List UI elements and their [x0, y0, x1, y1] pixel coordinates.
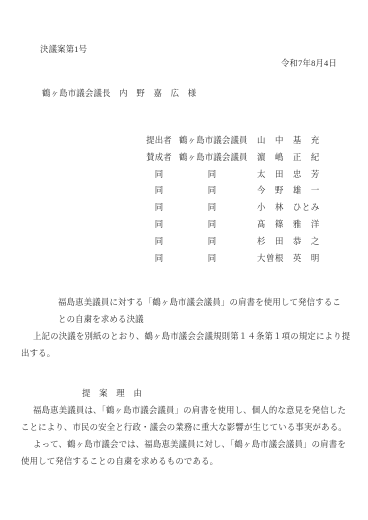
- submitter-name: 大曽根 英 明: [257, 252, 320, 264]
- submitter-row: 同 同 太 田 忠 芳: [0, 168, 368, 185]
- submitter-role: 同: [143, 235, 175, 247]
- submitter-org: 鶴ヶ島市議会議員: [179, 151, 245, 163]
- reason-text-line-3: よって、鶴ヶ島市議会では、福島恵美議員に対し、「鶴ヶ島市議会議員」の肩書を: [33, 439, 346, 450]
- submission-text-line-1: 上記の決議を別紙のとおり、鶴ヶ島市議会会議規則第１４条第１項の規定により提: [33, 331, 350, 342]
- submitter-row: 提出者 鶴ヶ島市議会議員 山 中 基 充: [0, 134, 368, 151]
- addressee-line: 鶴ヶ島市議会議長 内 野 嘉 広 様: [42, 88, 196, 99]
- doc-number: 決議案第1号: [40, 44, 87, 55]
- resolution-title-line-1: 福島恵美議員に対する「鶴ヶ島市議会議員」の肩書を使用して発信するこ: [58, 297, 341, 308]
- submitter-org: 同: [179, 168, 245, 180]
- submitter-role: 同: [143, 201, 175, 213]
- submitter-name: 濵 嶋 正 紀: [257, 151, 320, 163]
- reason-text-line-4: 使用して発信することの自粛を求めるものである。: [21, 456, 218, 467]
- submitters-list: 提出者 鶴ヶ島市議会議員 山 中 基 充 賛成者 鶴ヶ島市議会議員 濵 嶋 正 …: [0, 134, 368, 268]
- doc-date: 令和7年8月4日: [281, 58, 337, 69]
- submitter-row: 同 同 髙 篠 雅 洋: [0, 218, 368, 235]
- submitter-org: 同: [179, 235, 245, 247]
- submitter-role: 同: [143, 184, 175, 196]
- reason-heading: 提 案 理 由: [82, 388, 142, 399]
- submitter-role: 同: [143, 218, 175, 230]
- submission-text-line-2: 出する。: [21, 348, 55, 359]
- submitter-name: 髙 篠 雅 洋: [257, 218, 320, 230]
- submitter-org: 同: [179, 201, 245, 213]
- submitter-row: 同 同 大曽根 英 明: [0, 252, 368, 269]
- resolution-title-line-2: との自粛を求める決議: [58, 314, 144, 325]
- submitter-org: 鶴ヶ島市議会議員: [179, 134, 245, 146]
- submitter-role: 提出者: [143, 134, 175, 146]
- submitter-name: 杉 田 恭 之: [257, 235, 320, 247]
- submitter-role: 同: [143, 252, 175, 264]
- resolution-document-page: 決議案第1号 令和7年8月4日 鶴ヶ島市議会議長 内 野 嘉 広 様 提出者 鶴…: [0, 0, 368, 520]
- submitter-name: 小 林 ひとみ: [257, 201, 320, 213]
- submitter-role: 賛成者: [143, 151, 175, 163]
- submitter-org: 同: [179, 184, 245, 196]
- submitter-org: 同: [179, 252, 245, 264]
- submitter-role: 同: [143, 168, 175, 180]
- reason-text-line-2: ことにより、市民の安全と行政・議会の業務に重大な影響が生じている事実がある。: [21, 422, 347, 433]
- submitter-name: 太 田 忠 芳: [257, 168, 320, 180]
- submitter-row: 同 同 今 野 雄 一: [0, 184, 368, 201]
- submitter-org: 同: [179, 218, 245, 230]
- submitter-row: 同 同 小 林 ひとみ: [0, 201, 368, 218]
- submitter-name: 山 中 基 充: [257, 134, 320, 146]
- submitter-row: 賛成者 鶴ヶ島市議会議員 濵 嶋 正 紀: [0, 151, 368, 168]
- submitter-row: 同 同 杉 田 恭 之: [0, 235, 368, 252]
- reason-text-line-1: 福島恵美議員は、「鶴ヶ島市議会議員」の肩書を使用し、個人的な意見を発信した: [33, 405, 346, 416]
- submitter-name: 今 野 雄 一: [257, 184, 320, 196]
